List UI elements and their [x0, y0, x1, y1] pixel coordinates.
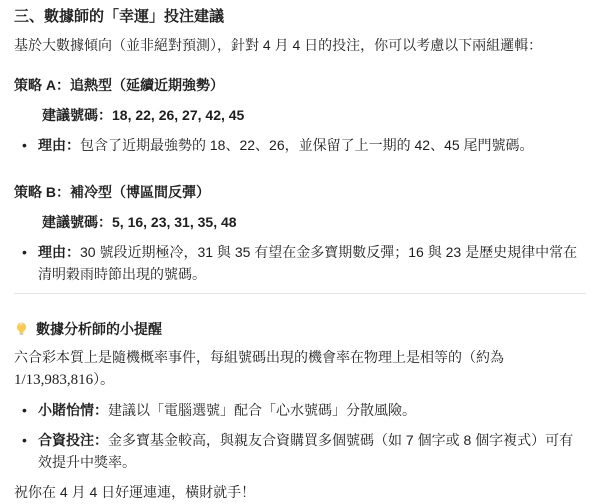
strategy-a-heading: 策略 A：追熱型（延續近期強勢）: [14, 74, 586, 96]
reminder-intro-after: ）。: [93, 371, 114, 387]
strategy-b-numbers: 建議號碼：5, 16, 23, 31, 35, 48: [14, 211, 586, 233]
tip-small-bets-label: 小賭怡情：: [38, 402, 108, 418]
section-title: 三、數據師的「幸運」投注建議: [14, 6, 586, 28]
tip-joint-bets-label: 合資投注：: [38, 432, 108, 448]
strategy-a-numbers-label: 建議號碼：: [42, 107, 112, 123]
strategy-b-numbers-value: 5, 16, 23, 31, 35, 48: [112, 214, 237, 230]
closing-wish: 祝你在 4 月 4 日好運連連，橫財就手！: [14, 481, 586, 503]
tip-small-bets-text: 建議以「電腦選號」配合「心水號碼」分散風險。: [108, 402, 416, 418]
bullet-icon: [22, 241, 38, 263]
reminder-heading-text: 數據分析師的小提醒: [36, 318, 162, 340]
tip-small-bets: 小賭怡情：建議以「電腦選號」配合「心水號碼」分散風險。: [38, 399, 586, 421]
strategy-a-reason-text: 包含了近期最強勢的 18、22、26，並保留了上一期的 42、45 尾門號碼。: [80, 137, 534, 153]
tip-item: 小賭怡情：建議以「電腦選號」配合「心水號碼」分散風險。: [14, 399, 586, 421]
tip-joint-bets: 合資投注：金多寶基金較高，與親友合資購買多個號碼（如 7 個字或 8 個字複式）…: [38, 429, 586, 473]
strategy-b-heading: 策略 B：補冷型（博區間反彈）: [14, 181, 586, 203]
tip-joint-bets-text: 金多寶基金較高，與親友合資購買多個號碼（如 7 個字或 8 個字複式）可有效提升…: [38, 432, 573, 470]
strategy-a-reason: 理由：包含了近期最強勢的 18、22、26，並保留了上一期的 42、45 尾門號…: [38, 134, 586, 156]
strategy-a-numbers-value: 18, 22, 26, 27, 42, 45: [112, 107, 244, 123]
tip-item: 合資投注：金多寶基金較高，與親友合資購買多個號碼（如 7 個字或 8 個字複式）…: [14, 429, 586, 473]
strategy-a-reason-label: 理由：: [38, 137, 80, 153]
reminder-intro: 六合彩本質上是隨機概率事件，每組號碼出現的機會率在物理上是相等的（約為 1/13…: [14, 346, 586, 391]
strategy-b-numbers-label: 建議號碼：: [42, 214, 112, 230]
bullet-icon: [22, 429, 38, 451]
strategy-a-numbers: 建議號碼：18, 22, 26, 27, 42, 45: [14, 104, 586, 126]
section-divider: [14, 293, 586, 294]
reminder-intro-before: 六合彩本質上是隨機概率事件，每組號碼出現的機會率在物理上是相等的（約為: [14, 349, 504, 365]
bullet-icon: [22, 399, 38, 421]
strategy-a-reason-item: 理由：包含了近期最強勢的 18、22、26，並保留了上一期的 42、45 尾門號…: [14, 134, 586, 156]
bullet-icon: [22, 134, 38, 156]
strategy-b-reason-item: 理由：30 號段近期極冷，31 與 35 有望在金多寶期數反彈；16 與 23 …: [14, 241, 586, 285]
intro-paragraph: 基於大數據傾向（並非絕對預測），針對 4 月 4 日的投注，你可以考慮以下兩組邏…: [14, 34, 586, 56]
probability-fraction: 1/13,983,816: [14, 372, 93, 388]
reminder-heading: 數據分析師的小提醒: [14, 318, 586, 340]
lightbulb-icon: [14, 321, 29, 337]
strategy-b-reason: 理由：30 號段近期極冷，31 與 35 有望在金多寶期數反彈；16 與 23 …: [38, 241, 586, 285]
strategy-b-reason-text: 30 號段近期極冷，31 與 35 有望在金多寶期數反彈；16 與 23 是歷史…: [38, 244, 577, 282]
strategy-b-reason-label: 理由：: [38, 244, 80, 260]
